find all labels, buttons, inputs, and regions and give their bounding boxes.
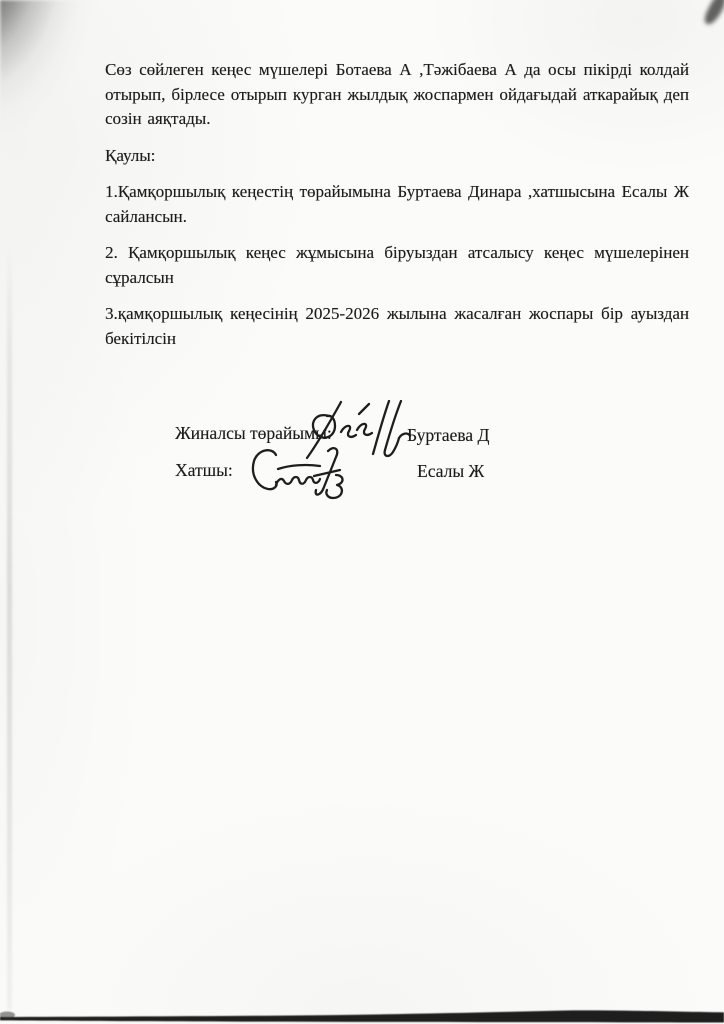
scan-edge-bottom-band [0,1002,724,1024]
resolution-heading: Қаулы: [105,144,689,169]
opening-paragraph: Сөз сөйлеген кеңес мүшелері Ботаева А ,Т… [105,58,689,132]
signature-name-chairperson: Буртаева Д [407,425,489,446]
signature-role-secretary: Хатшы: [175,460,233,481]
scan-streak-left-edge [7,240,12,1010]
resolution-item-2: 2. Қамқоршылық кеңес жұмысына біруыздан … [105,241,689,290]
scanned-document-page: Сөз сөйлеген кеңес мүшелері Ботаева А ,Т… [0,0,724,1024]
scan-mark-top-right [702,0,724,27]
resolution-item-3: 3.қамқоршылық кеңесінің 2025-2026 жылына… [105,302,689,351]
document-body: Сөз сөйлеген кеңес мүшелері Ботаева А ,Т… [105,58,689,363]
signature-block: Жиналсы төрайымы: Буртаева Д Хатшы: Есал… [0,395,724,515]
resolution-item-1: 1.Қамқоршылық кеңестің төрайымына Буртае… [105,180,689,229]
handwritten-signature-secretary [244,445,352,507]
signature-name-secretary: Есалы Ж [417,461,484,482]
